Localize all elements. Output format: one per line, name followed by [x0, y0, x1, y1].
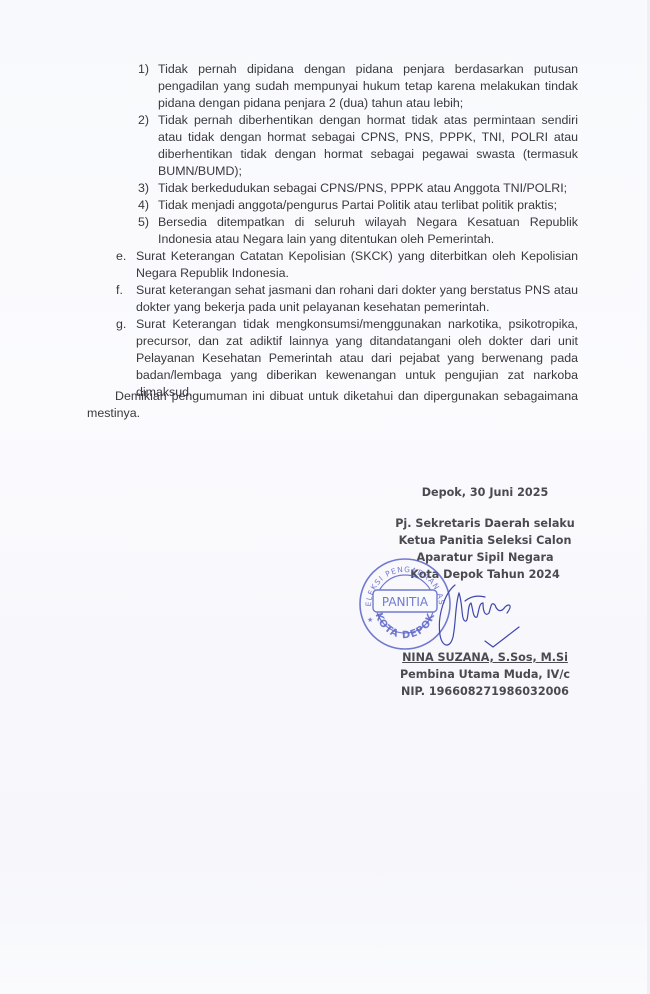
requirement-1: 1) Tidak pernah dipidana dengan pidana p… — [158, 61, 578, 112]
item-text: Tidak pernah diberhentikan dengan hormat… — [158, 113, 578, 178]
item-marker: g. — [116, 316, 126, 333]
item-text: Surat keterangan sehat jasmani dan rohan… — [136, 283, 578, 314]
svg-text:★: ★ — [367, 616, 373, 624]
document-page: 1) Tidak pernah dipidana dengan pidana p… — [0, 0, 650, 994]
signer-rank: Pembina Utama Muda, IV/c — [385, 666, 585, 683]
item-text: Tidak berkedudukan sebagai CPNS/PNS, PPP… — [158, 181, 567, 195]
signer-nip: NIP. 196608271986032006 — [385, 683, 585, 700]
item-text: Surat Keterangan tidak mengkonsumsi/meng… — [136, 317, 578, 399]
handwritten-signature-icon — [415, 575, 525, 655]
place-date: Depok, 30 Juni 2025 — [395, 484, 575, 501]
item-text: Tidak menjadi anggota/pengurus Partai Po… — [158, 198, 557, 212]
requirement-3: 3) Tidak berkedudukan sebagai CPNS/PNS, … — [158, 180, 578, 197]
item-text: Tidak pernah dipidana dengan pidana penj… — [158, 62, 578, 110]
requirement-f: f. Surat keterangan sehat jasmani dan ro… — [136, 282, 578, 316]
closing-paragraph: Demikian pengumuman ini dibuat untuk dik… — [87, 388, 578, 422]
requirement-2: 2) Tidak pernah diberhentikan dengan hor… — [158, 112, 578, 180]
item-marker: 4) — [138, 197, 149, 214]
item-marker: 2) — [138, 112, 149, 129]
requirement-e: e. Surat Keterangan Catatan Kepolisian (… — [136, 248, 578, 282]
signer-name: NINA SUZANA, S.Sos, M.Si — [385, 649, 585, 666]
item-marker: f. — [116, 282, 123, 299]
item-marker: 1) — [138, 61, 149, 78]
requirement-4: 4) Tidak menjadi anggota/pengurus Partai… — [158, 197, 578, 214]
item-marker: 3) — [138, 180, 149, 197]
requirement-5: 5) Bersedia ditempatkan di seluruh wilay… — [158, 214, 578, 248]
item-text: Surat Keterangan Catatan Kepolisian (SKC… — [136, 249, 578, 280]
position-line: Pj. Sekretaris Daerah selaku — [385, 515, 585, 532]
signer-details: NINA SUZANA, S.Sos, M.Si Pembina Utama M… — [385, 649, 585, 700]
item-text: Bersedia ditempatkan di seluruh wilayah … — [158, 215, 578, 246]
item-marker: 5) — [138, 214, 149, 231]
item-marker: e. — [116, 248, 126, 265]
position-line: Ketua Panitia Seleksi Calon — [385, 532, 585, 549]
